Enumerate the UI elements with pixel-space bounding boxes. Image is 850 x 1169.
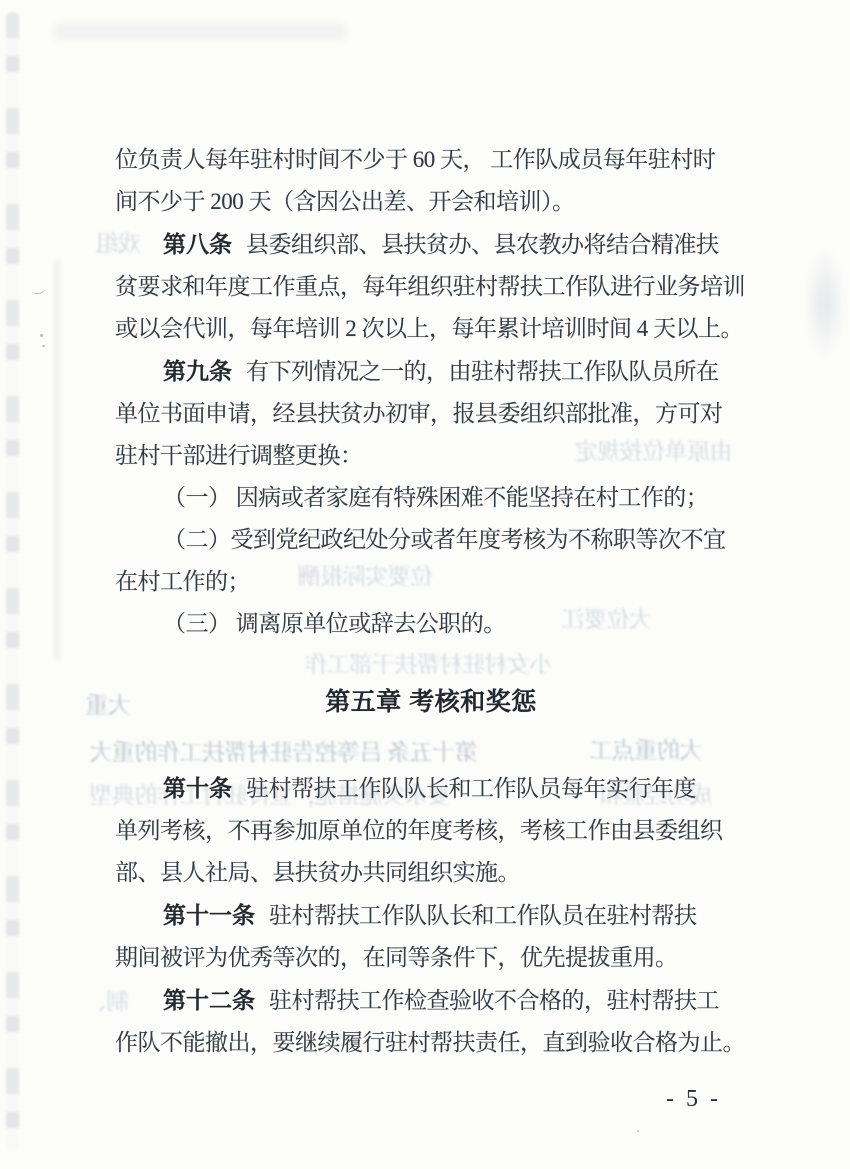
body-line-text: 驻村帮扶工作检查验收不合格的，驻村帮扶工 bbox=[269, 988, 719, 1013]
chapter-heading: 第五章 考核和奖惩 bbox=[115, 690, 747, 715]
body-line: 位负责人每年驻村时间不少于 60 天， 工作队成员每年驻村时 bbox=[115, 139, 747, 181]
body-line-text: 贫要求和年度工作重点，每年组织驻村帮扶工作队进行业务培训 bbox=[115, 274, 745, 299]
page-number: - 5 - bbox=[666, 1086, 721, 1113]
bleedthrough-text: 小女村驻村帮扶干部工作 bbox=[305, 653, 553, 676]
body-line-text: 单列考核，不再参加原单位的年度考核，考核工作由县委组织 bbox=[115, 818, 723, 843]
body-line-text: 县委组织部、县扶贫办、县农教办将结合精准扶 bbox=[246, 232, 719, 257]
scanned-document-page: 戏组 由原单位按规定 位要实际报酬 大位要江 小女村驻村帮扶干部工作 大重 第十… bbox=[0, 0, 850, 1169]
document-body-section-2: 第十条驻村帮扶工作队队长和工作队员每年实行年度 单列考核，不再参加原单位的年度考… bbox=[115, 767, 747, 1064]
body-line: 作队不能撤出，要继续履行驻村帮扶责任，直到验收合格为止。 bbox=[115, 1022, 747, 1064]
body-line-text: 位负责人每年驻村时间不少于 60 天， 工作队成员每年驻村时 bbox=[115, 147, 715, 172]
body-line-text: （三） 调离原单位或辞去公职的。 bbox=[163, 611, 506, 636]
body-line: 部、县人社局、县扶贫办共同组织实施。 bbox=[115, 852, 747, 894]
body-line-text: 期间被评为优秀等次的，在同等条件下，优先提拔重用。 bbox=[115, 945, 678, 970]
scan-edge-artifact bbox=[55, 24, 345, 39]
bleedthrough-text: 大的重点工 bbox=[590, 739, 703, 762]
body-line: 驻村干部进行调整更换： bbox=[115, 435, 747, 477]
body-line: 在村工作的； bbox=[115, 561, 747, 603]
body-line-text: 在村工作的； bbox=[115, 569, 250, 594]
scan-edge-artifact bbox=[54, 260, 60, 660]
body-line: 第十条驻村帮扶工作队队长和工作队员每年实行年度 bbox=[115, 767, 747, 810]
bleedthrough-text: 第十五条 吕等控告驻村帮扶工作的重大 bbox=[90, 741, 478, 764]
article-label: 第十一条 bbox=[163, 902, 255, 928]
article-label: 第八条 bbox=[163, 231, 232, 257]
body-line: 第八条县委组织部、县扶贫办、县农教办将结合精准扶 bbox=[115, 223, 747, 266]
body-line-text: 部、县人社局、县扶贫办共同组织实施。 bbox=[115, 860, 520, 885]
body-line: 期间被评为优秀等次的，在同等条件下，优先提拔重用。 bbox=[115, 937, 747, 979]
body-line: 单列考核，不再参加原单位的年度考核，考核工作由县委组织 bbox=[115, 810, 747, 852]
body-line-text: （一） 因病或者家庭有特殊困难不能坚持在村工作的； bbox=[163, 485, 708, 510]
body-line-text: 间不少于 200 天（含因公出差、开会和培训）。 bbox=[115, 189, 575, 214]
scan-speck bbox=[40, 334, 43, 337]
scan-speck bbox=[42, 345, 45, 347]
body-line-text: 单位书面申请，经县扶贫办初审，报县委组织部批准，方可对 bbox=[115, 401, 723, 426]
body-line: 间不少于 200 天（含因公出差、开会和培训）。 bbox=[115, 181, 747, 223]
body-line-text: 作队不能撤出，要继续履行驻村帮扶责任，直到验收合格为止。 bbox=[115, 1030, 745, 1055]
body-line: 第十一条驻村帮扶工作队队长和工作队员在驻村帮扶 bbox=[115, 894, 747, 937]
body-line-text: 驻村帮扶工作队队长和工作队员在驻村帮扶 bbox=[269, 903, 697, 928]
article-label: 第十二条 bbox=[163, 987, 255, 1013]
body-line-text: 驻村干部进行调整更换： bbox=[115, 443, 363, 468]
article-label: 第九条 bbox=[163, 358, 232, 384]
body-line: 第九条有下列情况之一的，由驻村帮扶工作队队员所在 bbox=[115, 350, 747, 393]
scan-speck bbox=[31, 285, 45, 295]
body-line-text: （二）受到党纪政纪处分或者年度考核为不称职等次不宜 bbox=[163, 527, 726, 552]
body-line: 贫要求和年度工作重点，每年组织驻村帮扶工作队进行业务培训 bbox=[115, 266, 747, 308]
body-line: 第十二条驻村帮扶工作检查验收不合格的，驻村帮扶工 bbox=[115, 979, 747, 1022]
body-line: 单位书面申请，经县扶贫办初审，报县委组织部批准，方可对 bbox=[115, 393, 747, 435]
body-line-text: 或以会代训，每年培训 2 次以上，每年累计培训时间 4 天以上。 bbox=[115, 316, 743, 341]
scan-edge-artifact bbox=[6, 12, 19, 1152]
body-line: 或以会代训，每年培训 2 次以上，每年累计培训时间 4 天以上。 bbox=[115, 308, 747, 350]
body-line: （三） 调离原单位或辞去公职的。 bbox=[115, 603, 747, 645]
body-line-text: 驻村帮扶工作队队长和工作队员每年实行年度 bbox=[246, 776, 696, 801]
body-line: （一） 因病或者家庭有特殊困难不能坚持在村工作的； bbox=[115, 477, 747, 519]
body-line-text: 有下列情况之一的，由驻村帮扶工作队队员所在 bbox=[246, 359, 719, 384]
scan-speck bbox=[637, 1130, 639, 1132]
document-body-section-1: 位负责人每年驻村时间不少于 60 天， 工作队成员每年驻村时 间不少于 200 … bbox=[115, 139, 747, 645]
body-line: （二）受到党纪政纪处分或者年度考核为不称职等次不宜 bbox=[115, 519, 747, 561]
scan-smudge bbox=[804, 246, 846, 361]
article-label: 第十条 bbox=[163, 775, 232, 801]
